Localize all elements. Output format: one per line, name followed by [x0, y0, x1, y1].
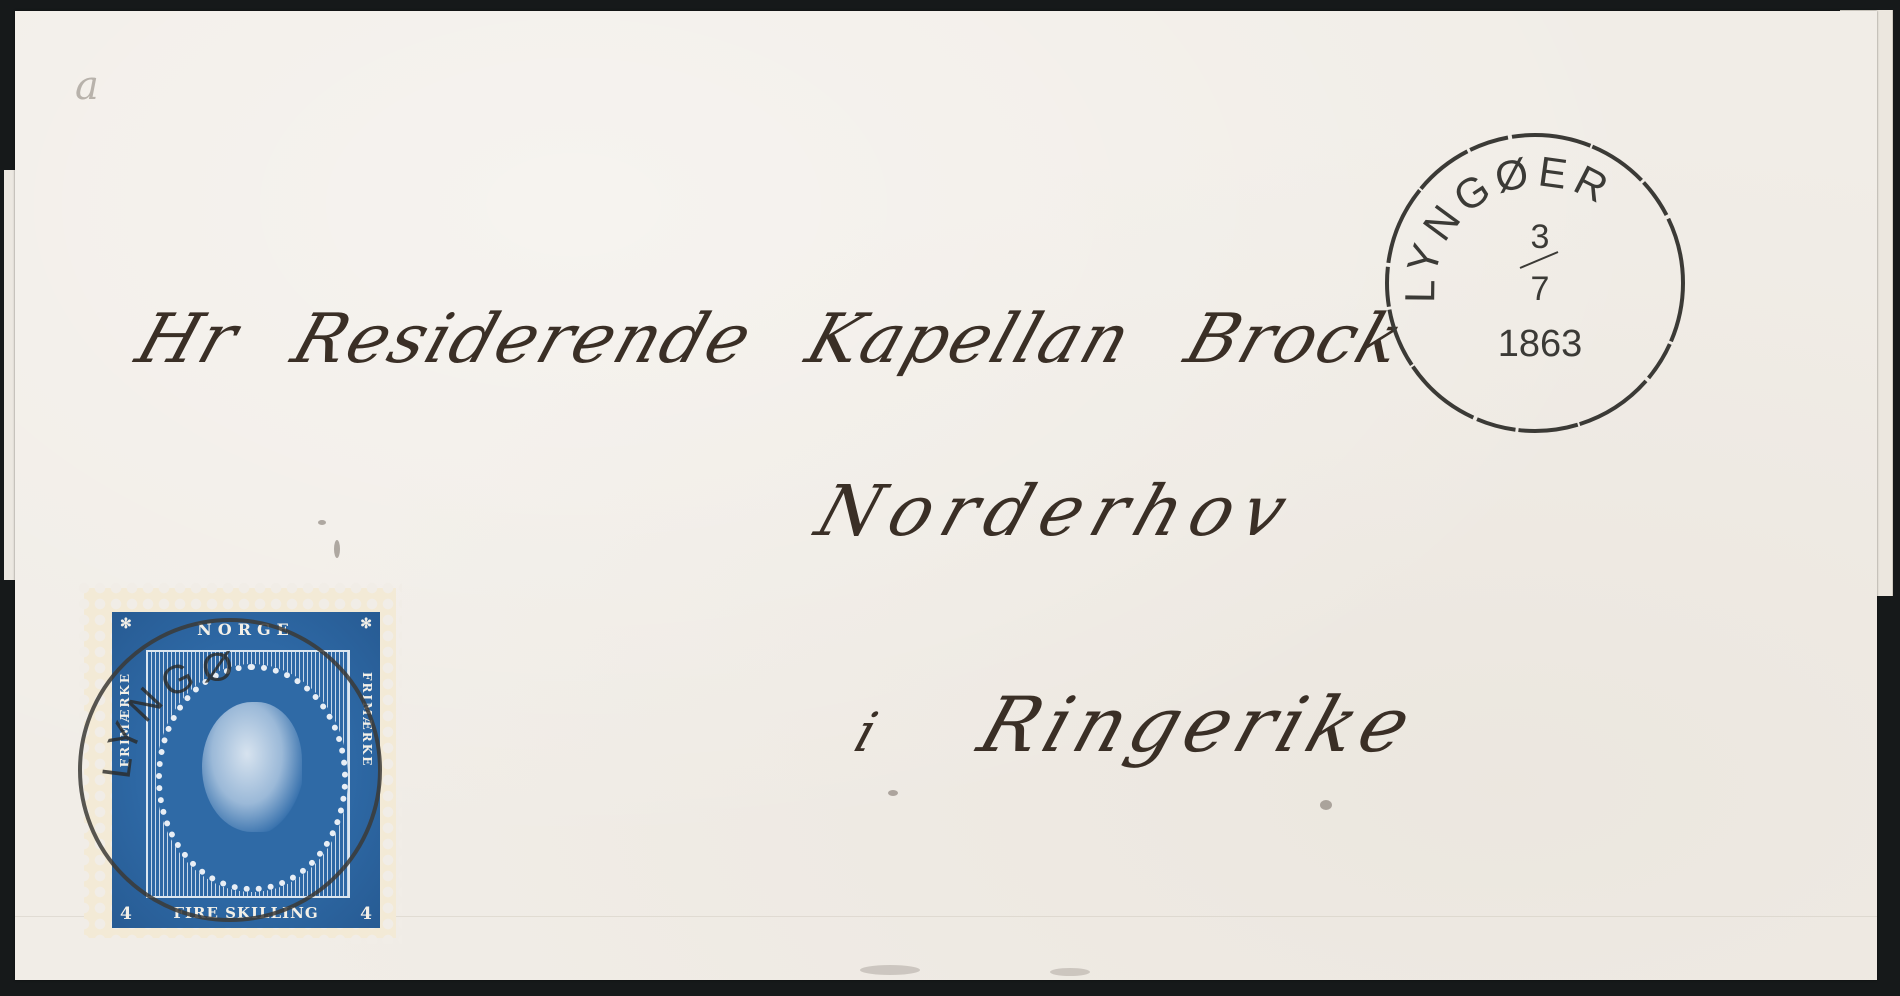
address-line-district: iRingerike [846, 680, 1428, 769]
postmark-day: 3 [1531, 218, 1550, 256]
postmark-lyngoer: LYNGØER 3 7 1863 [1380, 128, 1690, 438]
cancel-circle-icon: LYNGØ [70, 610, 390, 930]
ink-smudge [1050, 968, 1090, 976]
pencil-note: a [75, 63, 99, 109]
postmark-town: LYNGØER [1396, 147, 1621, 303]
ink-speck [318, 520, 326, 525]
stamp-cancellation: LYNGØ [70, 610, 390, 930]
postmark-circle-icon: LYNGØER 3 7 1863 [1380, 128, 1690, 438]
svg-text:LYNGØER: LYNGØER [1396, 147, 1621, 303]
postmark-year: 1863 [1498, 323, 1583, 365]
ink-smudge [860, 965, 920, 975]
address-title-1: Residerende [283, 300, 763, 379]
ink-speck [1320, 800, 1332, 810]
address-line-place: Norderhov [807, 470, 1307, 552]
address-district: Ringerike [969, 680, 1428, 769]
postmark-month: 7 [1531, 270, 1550, 308]
svg-text:LYNGØ: LYNGØ [94, 644, 240, 781]
ink-speck [334, 540, 340, 558]
ink-speck [888, 790, 898, 796]
address-name: Brock [1176, 300, 1414, 379]
cancel-town: LYNGØ [94, 644, 240, 781]
address-line-recipient: HrResiderendeKapellanBrock [127, 300, 1414, 379]
address-title-2: Kapellan [797, 300, 1142, 379]
